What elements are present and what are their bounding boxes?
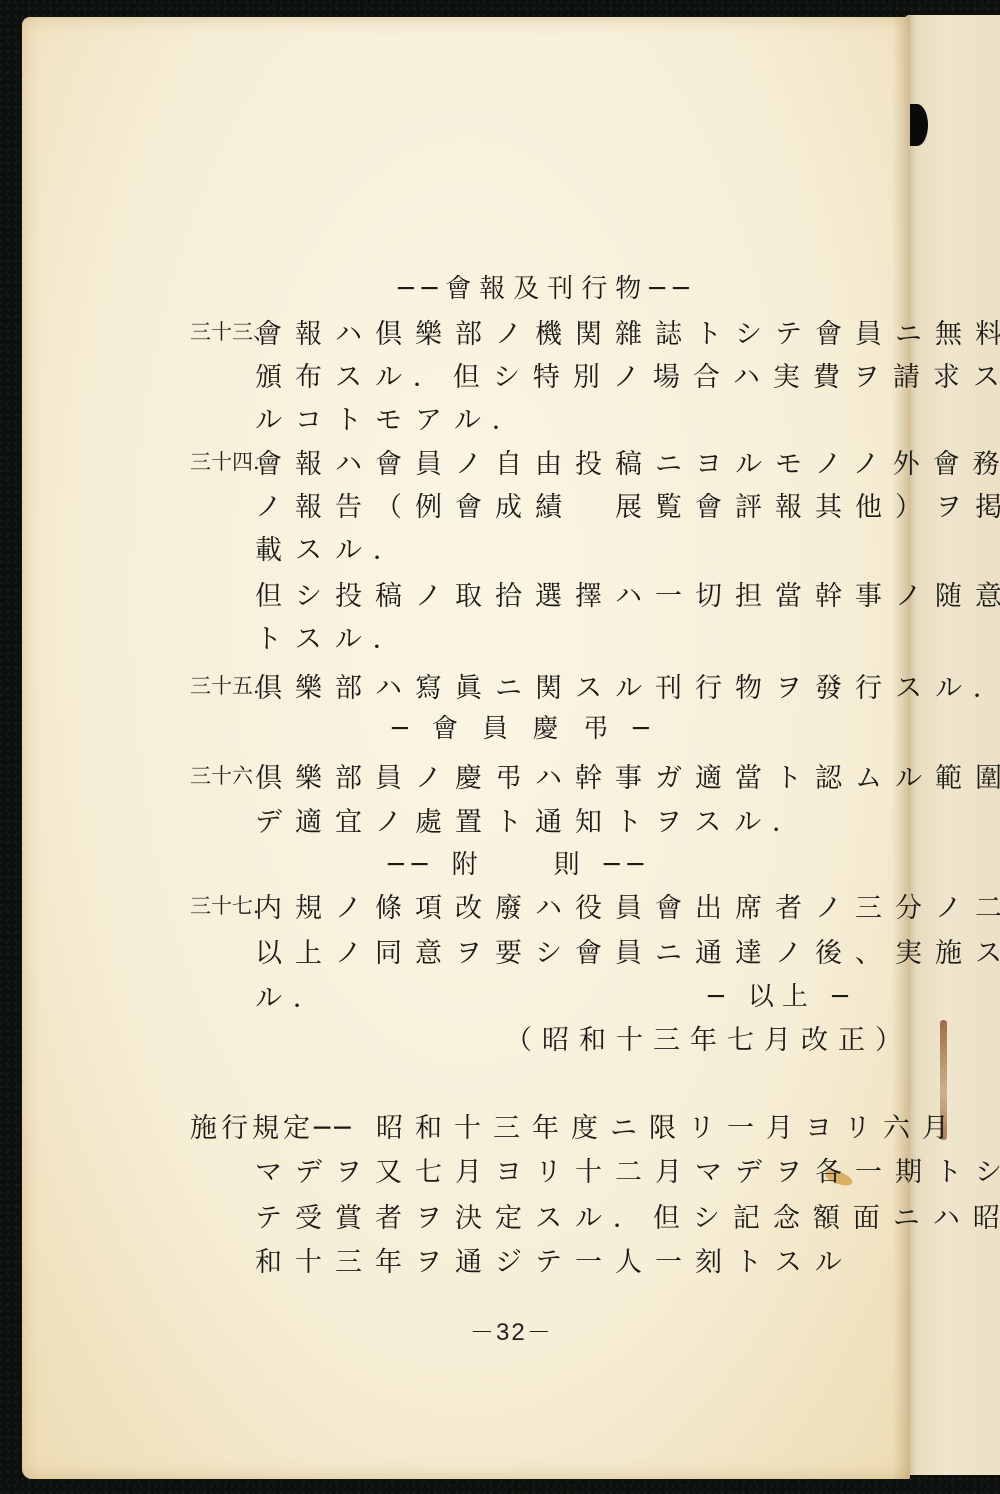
- article-33-line-1: 會報ハ倶樂部ノ機関雜誌トシテ會員ニ無料: [255, 312, 1000, 351]
- article-37-line-3: ル．: [255, 976, 333, 1015]
- article-34-line-3: 載スル．: [255, 528, 413, 567]
- enforcement-line-4: 和十三年ヲ通ジテ一人一刻トスル: [255, 1240, 855, 1279]
- section-heading-keicho: ─ 會 員 慶 弔 ─: [392, 708, 657, 745]
- enforcement-label: 施行規定──: [190, 1106, 355, 1145]
- page-number: －32－: [470, 1312, 553, 1347]
- article-34-line-2: ノ報告（例會成績 展覧會評報其他）ヲ掲: [255, 485, 1000, 524]
- article-34-line-1: 會報ハ會員ノ自由投稿ニヨルモノノ外會務: [255, 442, 1000, 481]
- enforcement-line-3: テ受賞者ヲ決定スル．但シ記念額面ニハ昭: [255, 1196, 1000, 1235]
- section-heading-fusoku: ── 附 則 ──: [388, 844, 651, 881]
- closing-mark: ─ 以上 ─: [708, 976, 856, 1013]
- article-37-line-1: 内規ノ條項改廢ハ役員會出席者ノ三分ノ二: [255, 886, 1000, 925]
- enforcement-line-2: マデヲ又七月ヨリ十二月マデヲ各一期トシ: [255, 1150, 1000, 1189]
- article-34-line-5: トスル．: [255, 617, 413, 656]
- article-33-line-3: ルコトモアル．: [255, 398, 532, 437]
- revision-note: （昭和十三年七月改正）: [505, 1018, 912, 1057]
- article-35-line-1: 倶樂部ハ寫眞ニ関スル刊行物ヲ發行スル．: [255, 666, 1000, 705]
- article-number-36: 三十六: [190, 760, 253, 790]
- article-37-line-2: 以上ノ同意ヲ要シ會員ニ通達ノ後、実施ス: [255, 931, 1000, 970]
- article-36-line-2: デ適宜ノ處置ト通知トヲスル．: [255, 800, 812, 839]
- article-36-line-1: 倶樂部員ノ慶弔ハ幹事ガ適當ト認ムル範圍: [255, 756, 1000, 795]
- article-34-line-4: 但シ投稿ノ取拾選擇ハ一切担當幹事ノ随意: [255, 574, 1000, 613]
- enforcement-line-1: 昭和十三年度ニ限リ一月ヨリ六月: [376, 1106, 961, 1145]
- article-33-line-2: 頒布スル．但シ特別ノ場合ハ実費ヲ請求ス: [255, 355, 1000, 394]
- section-heading-kaiho: ──會報及刊行物──: [398, 268, 697, 305]
- page-gutter-shadow: [892, 17, 910, 1479]
- adjacent-page-edge: [905, 15, 1000, 1475]
